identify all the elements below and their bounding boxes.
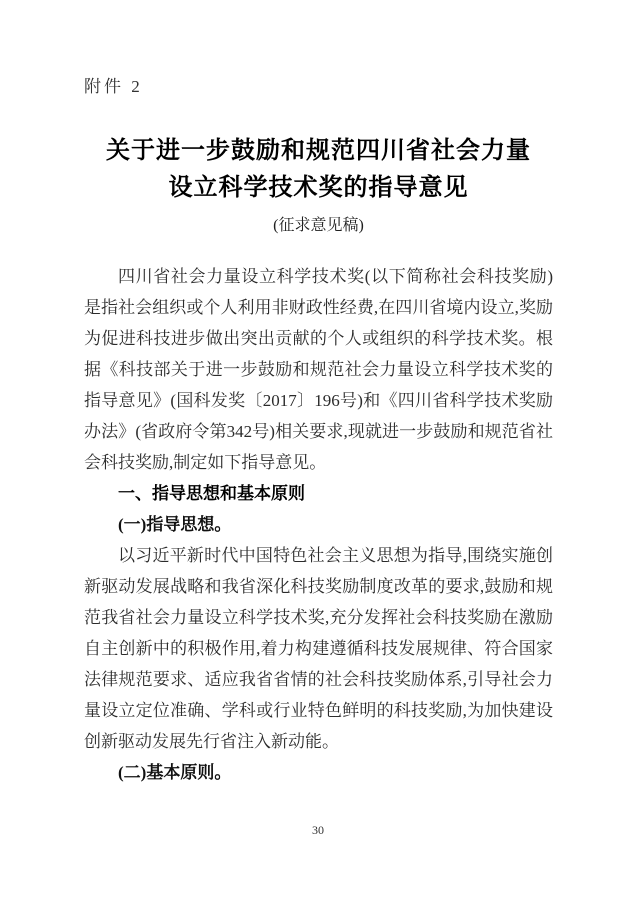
paragraph-intro: 四川省社会力量设立科学技术奖(以下简称社会科技奖励)是指社会组织或个人利用非财政…	[84, 261, 553, 478]
subsection-heading-2: (二)基本原则。	[84, 757, 553, 788]
section-heading-1: 一、指导思想和基本原则	[84, 478, 553, 509]
document-subtitle: (征求意见稿)	[84, 215, 553, 237]
document-page: 附件 2 关于进一步鼓励和规范四川省社会力量 设立科学技术奖的指导意见 (征求意…	[0, 0, 636, 900]
attachment-label: 附件 2	[84, 76, 553, 98]
subsection-heading-1: (一)指导思想。	[84, 509, 553, 540]
title-line-2: 设立科学技术奖的指导意见	[169, 174, 469, 201]
document-body: 四川省社会力量设立科学技术奖(以下简称社会科技奖励)是指社会组织或个人利用非财政…	[84, 261, 553, 788]
document-title: 关于进一步鼓励和规范四川省社会力量 设立科学技术奖的指导意见	[84, 132, 553, 206]
title-line-1: 关于进一步鼓励和规范四川省社会力量	[106, 137, 531, 164]
paragraph-guiding-thought: 以习近平新时代中国特色社会主义思想为指导,围绕实施创新驱动发展战略和我省深化科技…	[84, 540, 553, 757]
page-number: 30	[0, 823, 636, 838]
